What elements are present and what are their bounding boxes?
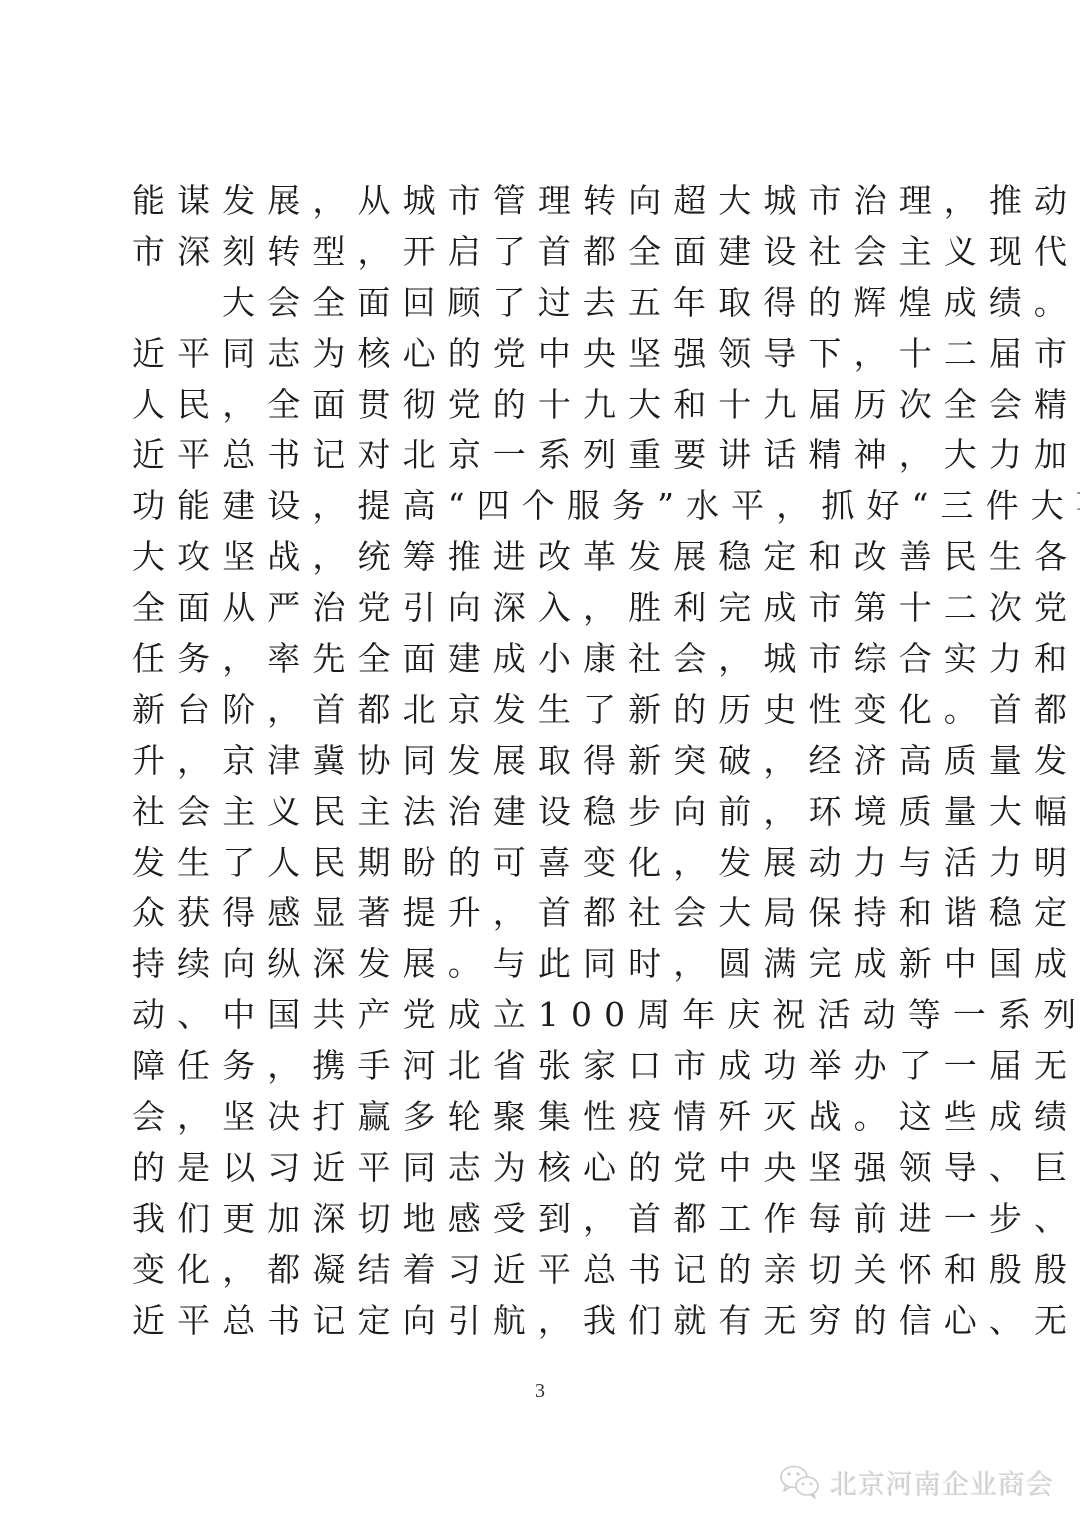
text-line: 近平总书记定向引航，我们就有无穷的信心、无尽的力量，就能 [132, 1296, 952, 1347]
text-line: 近平同志为核心的党中央坚强领导下，十二届市委团结带领全市 [132, 329, 952, 380]
text-line: 近平总书记对北京一系列重要讲话精神，大力加强“四个中心” [132, 430, 952, 481]
text-line: 障任务，携手河北省张家口市成功举办了一届无与伦比的冬奥盛 [132, 1041, 952, 1092]
document-page: 能谋发展，从城市管理转向超大城市治理，推动北京这座伟大城 市深刻转型，开启了首都… [0, 0, 1080, 1527]
text-line: 市深刻转型，开启了首都全面建设社会主义现代化新航程。 [132, 227, 952, 278]
text-line: 任务，率先全面建成小康社会，城市综合实力和国际影响力迈上 [132, 634, 952, 685]
text-line: 的是以习近平同志为核心的党中央坚强领导、巨大关怀的结果。 [132, 1143, 952, 1194]
text-line: 大攻坚战，统筹推进改革发展稳定和改善民生各项工作，不断将 [132, 532, 952, 583]
text-line: 新台阶，首都北京发生了新的历史性变化。首都功能不断优化提 [132, 685, 952, 736]
watermark: 北京河南企业商会 [778, 1462, 1054, 1502]
text-line: 变化，都凝结着习近平总书记的亲切关怀和殷殷教诲。只要有习 [132, 1245, 952, 1296]
text-line: 动、中国共产党成立100周年庆祝活动等一系列重大活动服务保 [132, 990, 952, 1041]
text-line-paragraph-start: 大会全面回顾了过去五年取得的辉煌成绩。五年来，在以习 [132, 278, 952, 329]
text-line: 功能建设，提高“四个服务”水平，抓好“三件大事”，打好三 [132, 481, 952, 532]
text-line: 人民，全面贯彻党的十九大和十九届历次全会精神，深入贯彻习 [132, 380, 952, 431]
text-line: 能谋发展，从城市管理转向超大城市治理，推动北京这座伟大城 [132, 176, 952, 227]
text-line: 众获得感显著提升，首都社会大局保持和谐稳定，全面从严治党 [132, 888, 952, 939]
wechat-icon [778, 1464, 822, 1500]
watermark-text: 北京河南企业商会 [830, 1463, 1054, 1502]
text-line: 全面从严治党引向深入，胜利完成市第十二次党代会确定的目标 [132, 583, 952, 634]
body-text: 能谋发展，从城市管理转向超大城市治理，推动北京这座伟大城 市深刻转型，开启了首都… [132, 176, 952, 1346]
text-line: 发生了人民期盼的可喜变化，发展动力与活力明显增强，人民群 [132, 838, 952, 889]
page-number: 3 [0, 1380, 1080, 1403]
text-line: 我们更加深切地感受到，首都工作每前进一步、京华大地的发展 [132, 1194, 952, 1245]
text-line: 社会主义民主法治建设稳步向前，环境质量大幅改善，城市面貌 [132, 787, 952, 838]
text-line: 持续向纵深发展。与此同时，圆满完成新中国成立70周年庆祝活 [132, 939, 952, 990]
text-line: 升，京津冀协同发展取得新突破，经济高质量发展迈出坚实步伐， [132, 736, 952, 787]
text-line: 会，坚决打赢多轮聚集性疫情歼灭战。这些成绩的取得，最根本 [132, 1092, 952, 1143]
